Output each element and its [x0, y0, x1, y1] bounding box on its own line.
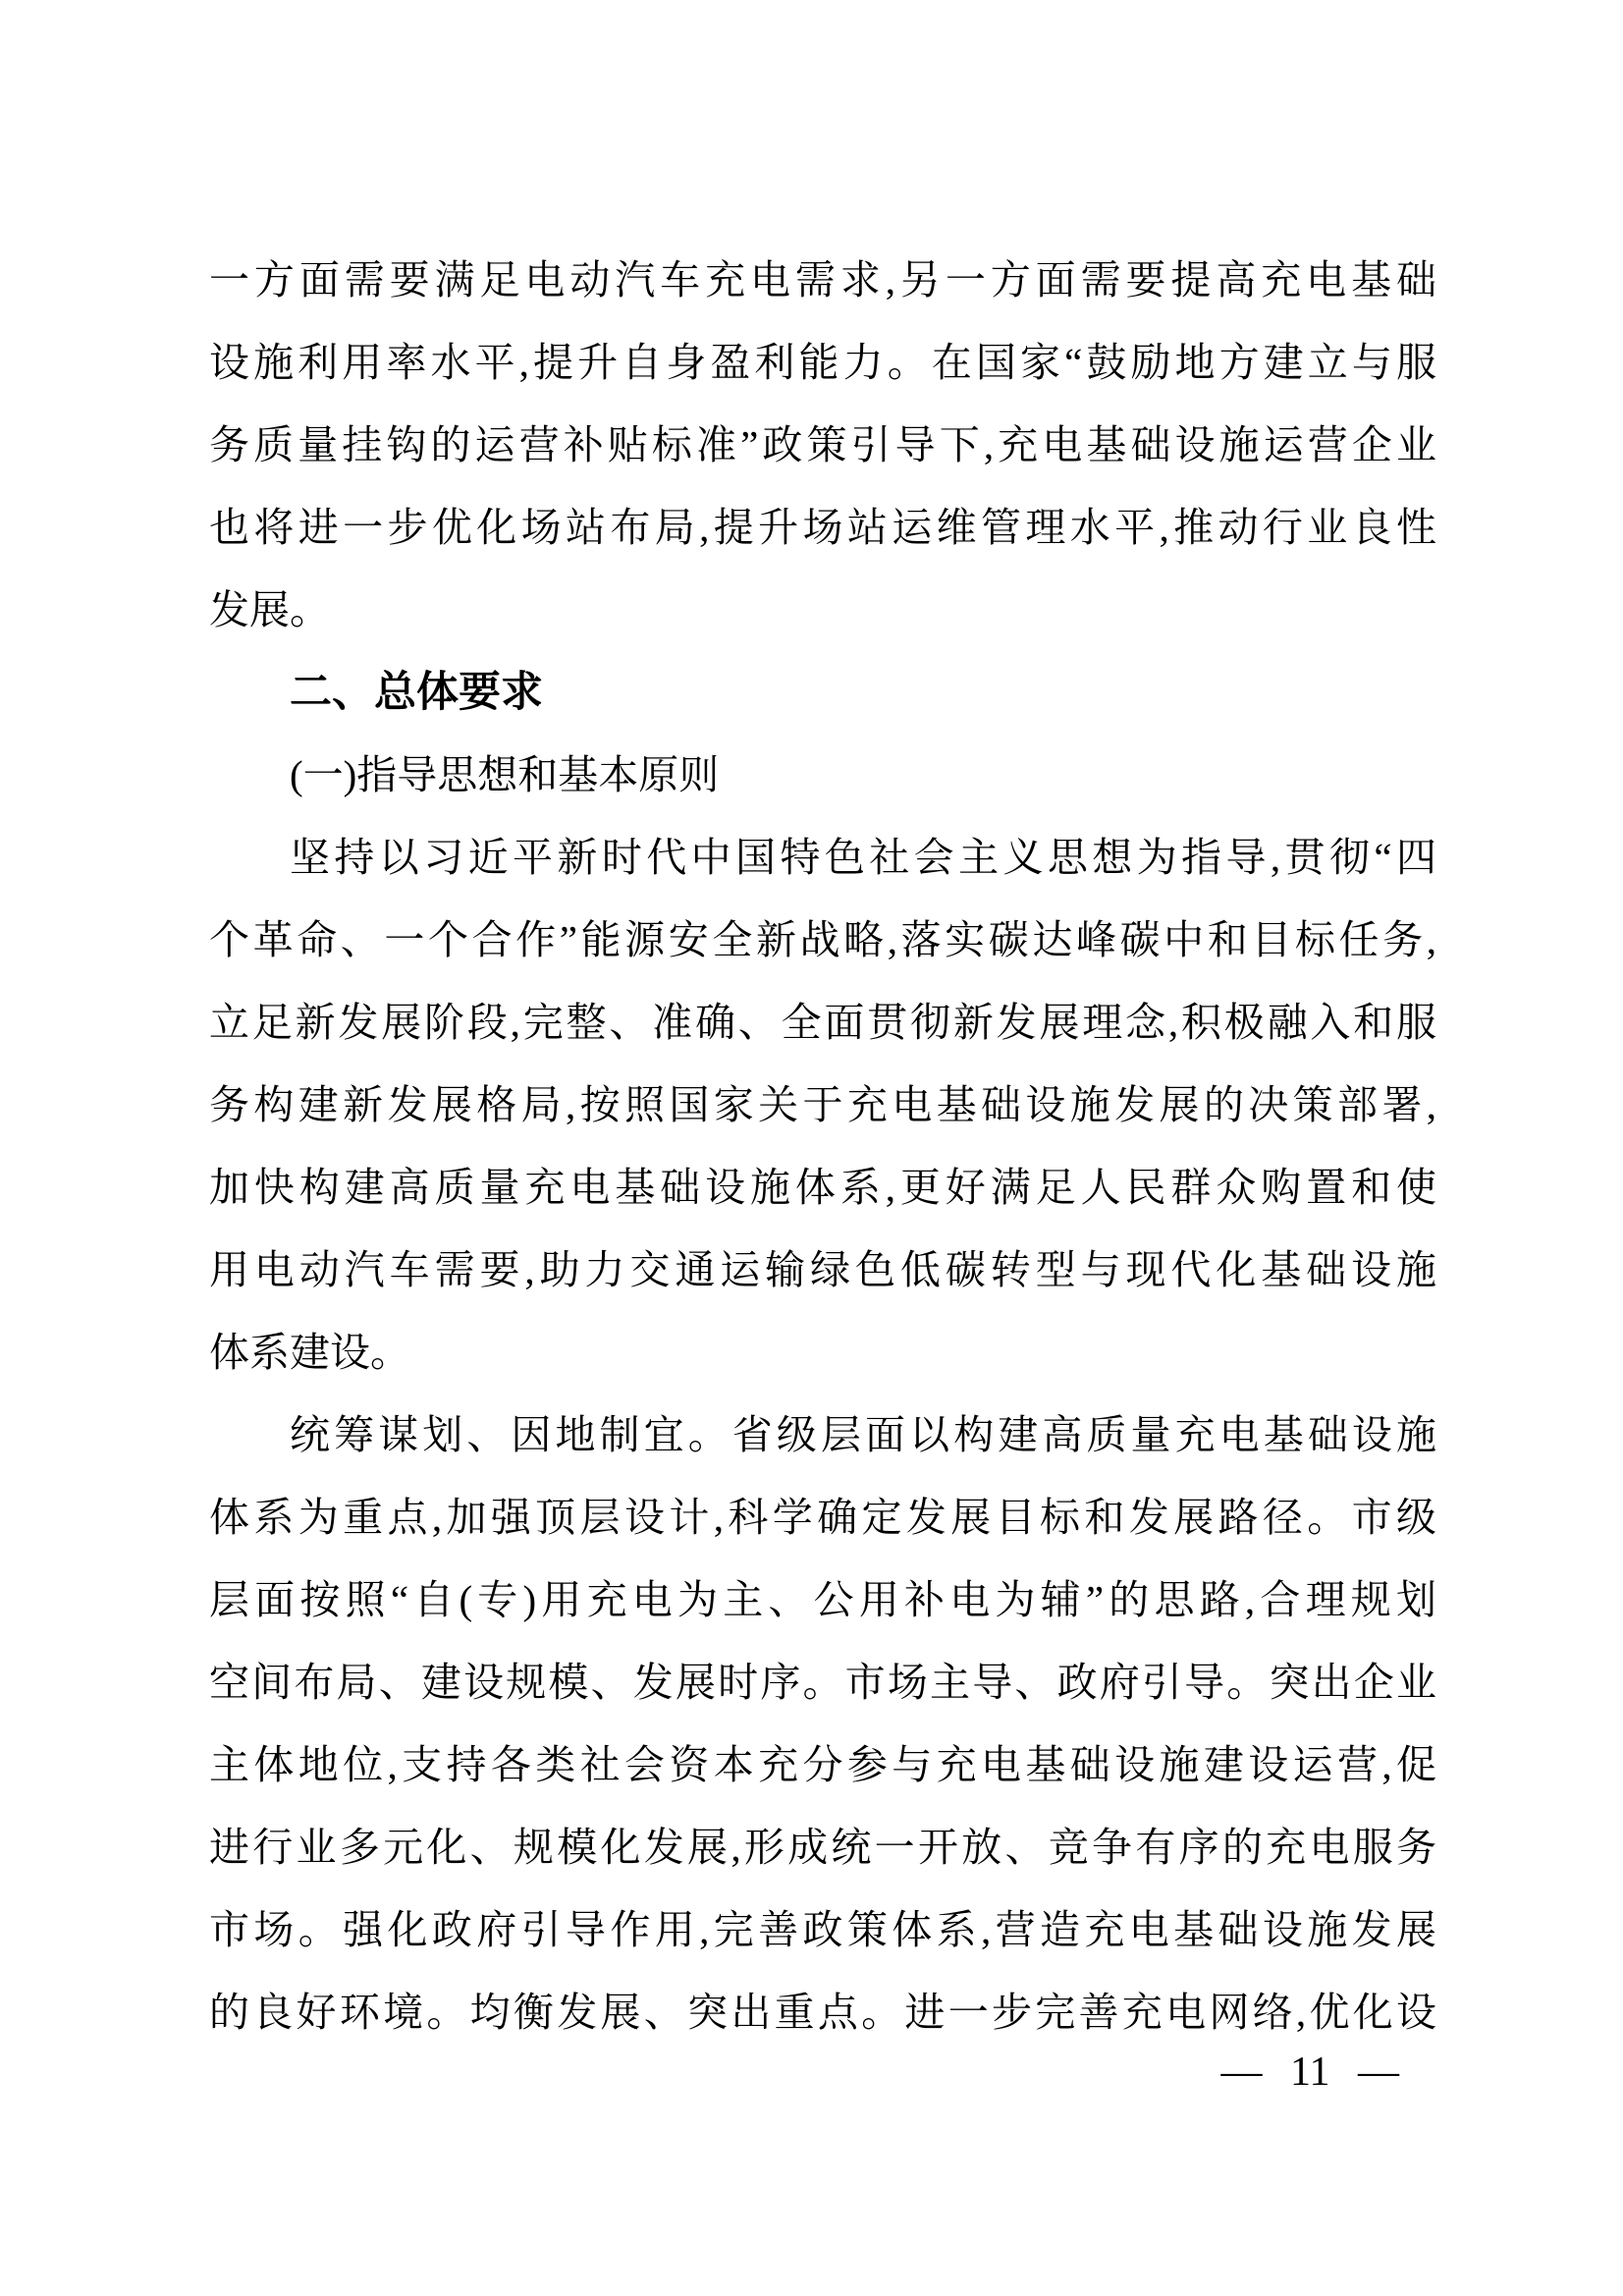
text-line: 加快构建高质量充电基础设施体系,更好满足人民群众购置和使	[209, 1146, 1436, 1229]
text-block: 一方面需要满足电动汽车充电需求,另一方面需要提高充电基础 设施利用率水平,提升自…	[209, 239, 1436, 2053]
subsection-heading: (一)指导思想和基本原则	[209, 734, 1436, 816]
paragraph-end-line: 发展。	[209, 569, 1436, 651]
text-line: 用电动汽车需要,助力交通运输绿色低碳转型与现代化基础设施	[209, 1229, 1436, 1311]
document-page: 一方面需要满足电动汽车充电需求,另一方面需要提高充电基础 设施利用率水平,提升自…	[0, 0, 1623, 2296]
page-number: — 11 —	[1221, 2041, 1399, 2104]
text-line: 务质量挂钩的运营补贴标准”政策引导下,充电基础设施运营企业	[209, 404, 1436, 486]
text-line: 主体地位,支持各类社会资本充分参与充电基础设施建设运营,促	[209, 1723, 1436, 1806]
text-line: 空间布局、建设规模、发展时序。市场主导、政府引导。突出企业	[209, 1641, 1436, 1723]
paragraph-end-line: 体系建设。	[209, 1311, 1436, 1394]
text-line: 个革命、一个合作”能源安全新战略,落实碳达峰碳中和目标任务,	[209, 899, 1436, 981]
text-line: 进行业多元化、规模化发展,形成统一开放、竞争有序的充电服务	[209, 1806, 1436, 1888]
text-line: 也将进一步优化场站布局,提升场站运维管理水平,推动行业良性	[209, 486, 1436, 569]
text-line: 设施利用率水平,提升自身盈利能力。在国家“鼓励地方建立与服	[209, 321, 1436, 404]
section-heading: 二、总体要求	[209, 651, 1436, 734]
text-line: 体系为重点,加强顶层设计,科学确定发展目标和发展路径。市级	[209, 1476, 1436, 1558]
text-line: 统筹谋划、因地制宜。省级层面以构建高质量充电基础设施	[209, 1394, 1436, 1476]
text-line: 务构建新发展格局,按照国家关于充电基础设施发展的决策部署,	[209, 1064, 1436, 1146]
text-line: 一方面需要满足电动汽车充电需求,另一方面需要提高充电基础	[209, 239, 1436, 321]
text-line: 市场。强化政府引导作用,完善政策体系,营造充电基础设施发展	[209, 1888, 1436, 1971]
text-line: 立足新发展阶段,完整、准确、全面贯彻新发展理念,积极融入和服	[209, 981, 1436, 1064]
text-line: 坚持以习近平新时代中国特色社会主义思想为指导,贯彻“四	[209, 816, 1436, 899]
text-line: 层面按照“自(专)用充电为主、公用补电为辅”的思路,合理规划	[209, 1558, 1436, 1641]
